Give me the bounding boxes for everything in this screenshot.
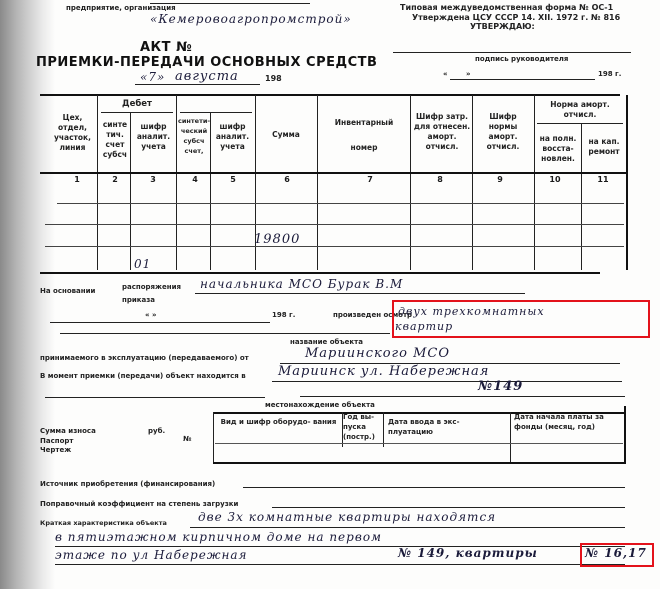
accepted-label: принимаемого в эксплуатацию (передаваемо… xyxy=(40,354,249,362)
entry-line-2[interactable] xyxy=(45,224,624,225)
col-number: 3 xyxy=(138,175,168,184)
approve-date-open: « xyxy=(443,70,448,78)
order-alt-label: приказа xyxy=(122,296,155,304)
location-caption: местонахождение объекта xyxy=(265,401,375,409)
object-name-caption: название объекта xyxy=(290,338,363,346)
location-line xyxy=(272,381,622,382)
location-value-line2: №149 xyxy=(478,379,523,394)
col-number: 5 xyxy=(218,175,248,184)
signature-line[interactable] xyxy=(393,52,631,53)
subaccount-value: 01 xyxy=(134,257,151,271)
coef-line[interactable] xyxy=(272,507,625,508)
col-number: 10 xyxy=(540,175,570,184)
drawing-label: Чертеж xyxy=(40,446,71,454)
year-header: Год вы- пуска (постр.) xyxy=(343,412,383,442)
org-top-line xyxy=(150,3,310,4)
order-label: распоряжения xyxy=(122,283,181,291)
scanned-document: предприятие, организация «Кемеровоагропр… xyxy=(0,0,660,589)
col-number: 9 xyxy=(485,175,515,184)
col8-header: Шифр затр. для отнесен. аморт. отчисл. xyxy=(413,112,471,152)
col11-header: на кап. ремонт xyxy=(582,137,626,157)
act-title: ПРИЕМКИ-ПЕРЕДАЧИ ОСНОВНЫХ СРЕДСТВ xyxy=(36,55,377,70)
basis-year: 198 г. xyxy=(272,311,295,319)
col-divider xyxy=(176,95,177,270)
location-line-2 xyxy=(45,397,265,398)
char-underline-1 xyxy=(190,527,625,528)
highlight-box-apartments xyxy=(580,543,654,567)
table-right-border xyxy=(626,95,628,270)
norm-header: Норма аморт. отчисл. xyxy=(535,100,625,120)
approve-date-close: » xyxy=(466,70,471,78)
approved-by: Утверждена ЦСУ СССР 14. XII. 1972 г. № 8… xyxy=(412,13,620,22)
table-top-border xyxy=(40,94,620,96)
col-number: 2 xyxy=(100,175,130,184)
col-divider xyxy=(410,95,411,270)
object-name-line xyxy=(60,333,390,334)
sum-value: 19800 xyxy=(254,232,300,247)
act-date-line xyxy=(135,84,260,85)
col4-header: синтети- ческий субсч счет, xyxy=(178,116,210,156)
char-line2: в пятиэтажном кирпичном доме на первом xyxy=(55,530,382,544)
rub-label: руб. xyxy=(148,427,165,435)
highlight-box-inspection xyxy=(392,300,650,338)
col9-header: Шифр нормы аморт. отчисл. xyxy=(474,112,532,152)
approve-date-line[interactable] xyxy=(450,79,595,80)
basis-label: На основании xyxy=(40,287,95,295)
passport-label: Паспорт xyxy=(40,437,73,445)
equip-header: Вид и шифр оборудо- вания xyxy=(216,417,341,427)
location-value-line1: Мариинск ул. Набережная xyxy=(278,364,489,379)
col-divider xyxy=(472,95,473,270)
passport-no-label: № xyxy=(183,435,191,443)
col1-header: Цех, отдел, участок, линия xyxy=(50,113,95,153)
char-line1: две 3х комнатные квартиры находятся xyxy=(198,510,496,524)
details-divider xyxy=(510,412,511,463)
col-divider xyxy=(97,95,98,270)
char-underline-3 xyxy=(55,564,625,565)
source-line[interactable] xyxy=(243,487,625,488)
char-line3-house: № 149, квартиры xyxy=(398,546,538,560)
char-underline-2 xyxy=(55,546,625,547)
details-divider xyxy=(383,412,384,447)
col-number: 11 xyxy=(588,175,618,184)
basis-date-line xyxy=(50,322,270,323)
accepted-value: Мариинского МСО xyxy=(305,346,450,361)
source-label: Источник приобретения (финансирования) xyxy=(40,480,215,488)
col6-header: Сумма xyxy=(256,130,316,140)
entry-line-1[interactable] xyxy=(57,203,624,204)
coef-label: Поправочный коэффициент на степень загру… xyxy=(40,500,238,508)
debet-header: Дебет xyxy=(100,99,174,109)
act-number-label: АКТ № xyxy=(140,40,192,55)
col5-header: шифр аналит. учета xyxy=(210,122,255,152)
col-number: 7 xyxy=(355,175,385,184)
act-date-day: «7» xyxy=(140,70,165,84)
act-date-year: 198 xyxy=(265,74,282,83)
entry-line-3[interactable] xyxy=(45,246,624,247)
form-type: Типовая междуведомственная форма № ОС-1 xyxy=(400,3,613,12)
col2-header: синте тич. счет субсч xyxy=(99,120,131,160)
col-divider xyxy=(534,95,535,270)
col7-header-top: Инвентарный xyxy=(318,118,410,128)
col3-header: шифр аналит. учета xyxy=(131,122,176,152)
signature-label: подпись руководителя xyxy=(475,55,568,63)
norm-underline xyxy=(537,123,623,124)
credit-underline xyxy=(180,112,252,113)
details-box-right xyxy=(624,406,626,463)
order-line xyxy=(195,293,525,294)
col-number: 1 xyxy=(62,175,92,184)
details-box-left xyxy=(213,412,214,463)
approve-label: УТВЕРЖДАЮ: xyxy=(470,22,535,31)
location-label: В момент приемки (передачи) объект наход… xyxy=(40,372,246,380)
col7-header-bottom: номер xyxy=(318,143,410,153)
col-number: 8 xyxy=(425,175,455,184)
header-bottom-border xyxy=(40,172,628,174)
details-header-bottom xyxy=(215,443,623,444)
col10-header: на полн. восста- новлен. xyxy=(535,134,581,164)
table-bottom-border xyxy=(40,272,600,274)
org-label: предприятие, организация xyxy=(66,4,176,12)
location-line-3 xyxy=(300,396,625,397)
basis-date-quotes: « » xyxy=(145,311,156,319)
commission-header: Дата ввода в экс- плуатацию xyxy=(388,417,506,437)
col-number: 6 xyxy=(272,175,302,184)
wear-label: Сумма износа xyxy=(40,427,96,435)
char-label: Краткая характеристика объекта xyxy=(40,519,167,527)
payment-header: Дата начала платы за фонды (месяц, год) xyxy=(514,412,622,432)
col-number: 4 xyxy=(180,175,210,184)
debet-underline xyxy=(101,112,173,113)
act-date-month: августа xyxy=(175,69,239,84)
details-box-bottom xyxy=(213,462,626,464)
order-value: начальника МСО Бурак В.М xyxy=(200,277,403,291)
org-value: «Кемеровоагропромстрой» xyxy=(150,12,352,26)
approve-year: 198 г. xyxy=(598,70,621,78)
char-line3: этаже по ул Набережная xyxy=(55,548,247,562)
